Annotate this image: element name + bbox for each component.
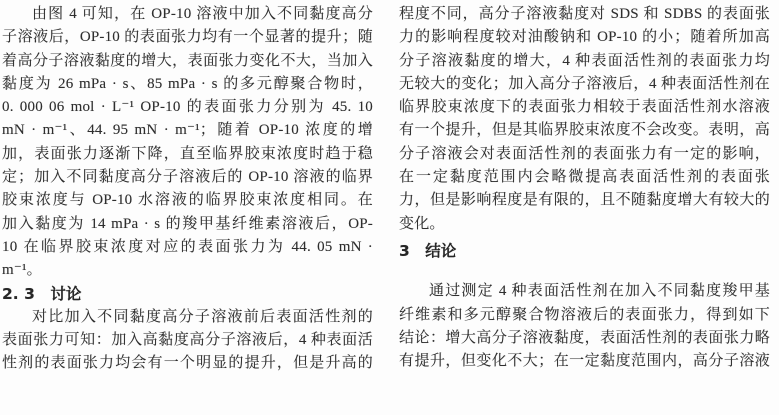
body-text-line: 表面张力可知：加入高黏度高分子溶液后，4 种表面活	[2, 329, 373, 352]
body-text-line: 子溶液后，OP-10 的表面张力均有一个显著的提升；随	[2, 26, 373, 49]
right-column: 程度不同，高分子溶液黏度对 SDS 和 SDBS 的表面张 力的影响程度较对油酸…	[399, 3, 770, 376]
body-text-line: 临界胶束浓度下的表面张力相较于表面活性剂水溶液	[399, 96, 770, 119]
body-text-line: 变化。	[399, 213, 770, 236]
body-text-line: 胶束浓度与 OP-10 水溶液的临界胶束浓度相同。在	[2, 189, 373, 212]
body-text-line: 分子溶液会对表面活性剂的表面张力有一定的影响，	[399, 143, 770, 166]
body-text-line: 0. 000 06 mol · L⁻¹ OP-10 的表面张力分别为 45. 1…	[2, 96, 373, 119]
body-text-line: 在一定黏度范围内会略微提高表面活性剂的表面张	[399, 166, 770, 189]
body-text-line: 结论：增大高分子溶液黏度，表面活性剂的表面张力略	[399, 327, 770, 350]
body-text-line: 性剂的表面张力均会有一个明显的提升，但是升高的	[2, 352, 373, 375]
body-text-line: 10 在临界胶束浓度对应的表面张力为 44. 05 mN ·	[2, 236, 373, 259]
left-column: 由图 4 可知，在 OP-10 溶液中加入不同黏度高分 子溶液后，OP-10 的…	[2, 3, 373, 376]
body-text-line: 有一个提升，但是其临界胶束浓度不会改变。表明，高	[399, 119, 770, 142]
section-heading-conclusion: 3 结论	[399, 240, 770, 263]
paper-page: 由图 4 可知，在 OP-10 溶液中加入不同黏度高分 子溶液后，OP-10 的…	[0, 0, 779, 415]
body-text-line: 着高分子溶液黏度的增大，表面张力变化不大，当加入	[2, 50, 373, 73]
body-text-line: 通过测定 4 种表面活性剂在加入不同黏度羧甲基	[399, 280, 770, 303]
body-text-line: 有提升，但变化不大；在一定黏度范围内，高分子溶液	[399, 350, 770, 373]
two-column-layout: 由图 4 可知，在 OP-10 溶液中加入不同黏度高分 子溶液后，OP-10 的…	[2, 3, 779, 376]
body-text-line: m⁻¹。	[2, 259, 373, 282]
body-text-line: 力，但是影响程度是有限的，且不随黏度增大有较大的	[399, 189, 770, 212]
body-text-line: mN · m⁻¹、44. 95 mN · m⁻¹；随着 OP-10 浓度的增	[2, 119, 373, 142]
body-text-line: 对比加入不同黏度高分子溶液前后表面活性剂的	[2, 306, 373, 329]
body-text-line: 无较大的变化；加入高分子溶液后，4 种表面活性剂在	[399, 73, 770, 96]
body-text-line: 由图 4 可知，在 OP-10 溶液中加入不同黏度高分	[2, 3, 373, 26]
body-text-line: 分子溶液黏度的增大，4 种表面活性剂的表面张力均	[399, 50, 770, 73]
body-text-line: 纤维素和多元醇聚合物溶液后的表面张力，得到如下	[399, 304, 770, 327]
subsection-heading-discussion: 2. 3 讨论	[2, 283, 373, 306]
body-text-line: 黏度为 26 mPa · s、85 mPa · s 的多元醇聚合物时，	[2, 73, 373, 96]
body-text-line: 加入黏度为 14 mPa · s 的羧甲基纤维素溶液后，OP-	[2, 213, 373, 236]
body-text-line: 程度不同，高分子溶液黏度对 SDS 和 SDBS 的表面张	[399, 3, 770, 26]
body-text-line: 定；加入不同黏度高分子溶液后的 OP-10 溶液的临界	[2, 166, 373, 189]
body-text-line: 加，表面张力逐渐下降，直至临界胶束浓度时趋于稳	[2, 143, 373, 166]
body-text-line: 力的影响程度较对油酸钠和 OP-10 的小；随着所加高	[399, 26, 770, 49]
